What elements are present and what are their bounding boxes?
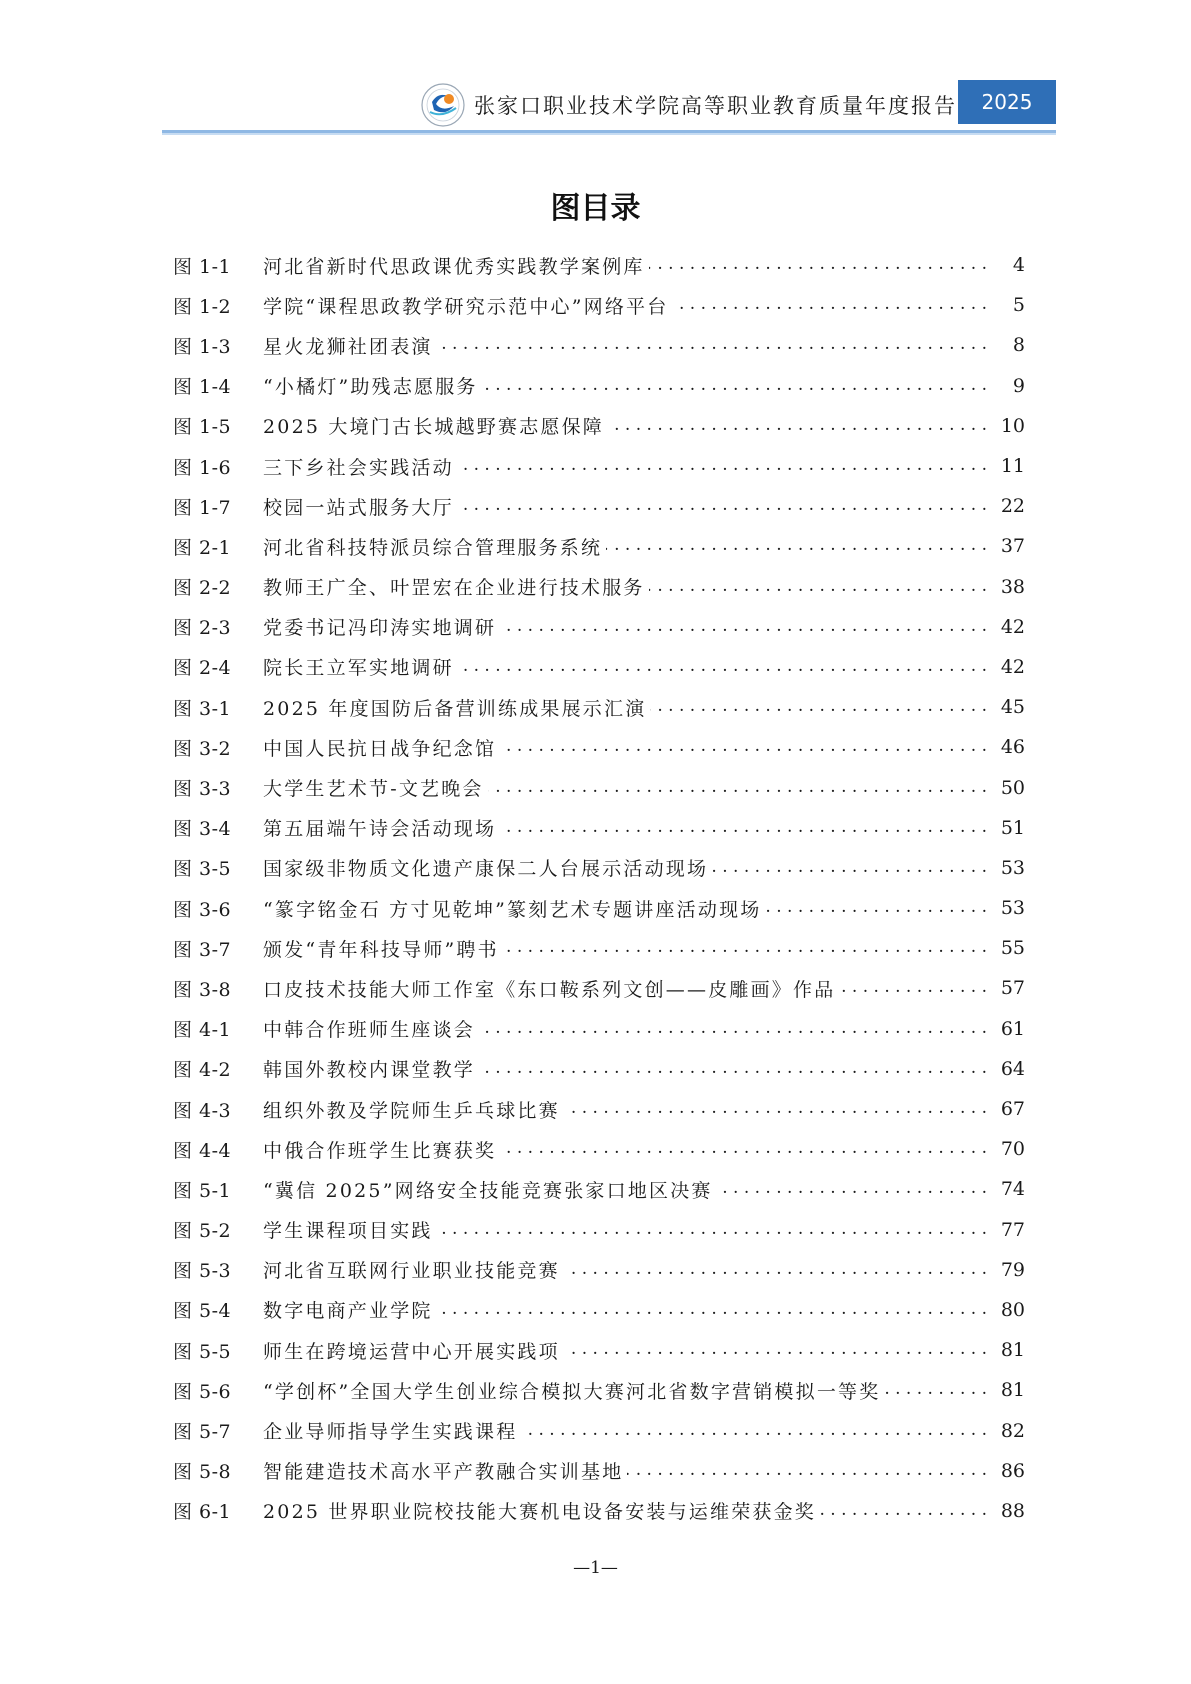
figure-caption: 河北省互联网行业职业技能竞赛	[263, 1256, 564, 1283]
dot-leader	[606, 535, 987, 557]
page-ref: 37	[987, 535, 1025, 557]
page-ref: 79	[987, 1259, 1025, 1281]
dot-leader	[500, 736, 987, 758]
dot-leader	[820, 1500, 987, 1522]
figure-label: 图 1-1	[173, 252, 263, 279]
figure-caption: 国家级非物质文化遗产康保二人台展示活动现场	[263, 854, 712, 881]
figure-caption: 组织外教及学院师生乒乓球比赛	[263, 1096, 564, 1123]
toc-entry[interactable]: 图 5-8智能建造技术高水平产教融合实训基地86	[173, 1451, 1025, 1491]
page-ref: 70	[987, 1138, 1025, 1160]
figure-label: 图 6-1	[173, 1497, 263, 1524]
toc-entry[interactable]: 图 5-7企业导师指导学生实践课程82	[173, 1410, 1025, 1450]
figure-caption: 中俄合作班学生比赛获奖	[263, 1136, 500, 1163]
page-ref: 80	[987, 1299, 1025, 1321]
toc-entry[interactable]: 图 1-6三下乡社会实践活动11	[173, 446, 1025, 486]
figure-caption: 2025 世界职业院校技能大赛机电设备安装与运维荣获金奖	[263, 1497, 820, 1524]
figure-label: 图 3-6	[173, 895, 263, 922]
figure-label: 图 4-1	[173, 1015, 263, 1042]
dot-leader	[437, 1299, 987, 1321]
dot-leader	[649, 254, 987, 276]
figure-label: 图 1-3	[173, 332, 263, 359]
figure-label: 图 2-4	[173, 653, 263, 680]
figure-label: 图 3-2	[173, 734, 263, 761]
page-ref: 50	[987, 777, 1025, 799]
page-ref: 10	[987, 415, 1025, 437]
dot-leader	[479, 1058, 987, 1080]
figure-label: 图 5-5	[173, 1337, 263, 1364]
report-title: 张家口职业技术学院高等职业教育质量年度报告	[474, 90, 957, 120]
page-ref: 82	[987, 1420, 1025, 1442]
toc-entry[interactable]: 图 1-2学院“课程思政教学研究示范中心”网络平台5	[173, 285, 1025, 325]
page-ref: 77	[987, 1219, 1025, 1241]
figure-label: 图 3-8	[173, 975, 263, 1002]
figure-caption: 三下乡社会实践活动	[263, 453, 458, 480]
dot-leader	[503, 937, 987, 959]
dot-leader	[765, 897, 987, 919]
figure-caption: “篆字铭金石 方寸见乾坤”篆刻艺术专题讲座活动现场	[263, 895, 765, 922]
figure-label: 图 1-5	[173, 412, 263, 439]
figure-label: 图 3-1	[173, 694, 263, 721]
dot-leader	[500, 817, 987, 839]
toc-entry[interactable]: 图 4-4中俄合作班学生比赛获奖70	[173, 1129, 1025, 1169]
page-ref: 88	[987, 1500, 1025, 1522]
figure-caption: “小橘灯”助残志愿服务	[263, 372, 482, 399]
toc-entry[interactable]: 图 2-2教师王广全、叶罡宏在企业进行技术服务38	[173, 567, 1025, 607]
figure-label: 图 1-7	[173, 493, 263, 520]
toc-entry[interactable]: 图 1-3星火龙狮社团表演8	[173, 325, 1025, 365]
toc-entry[interactable]: 图 3-7颁发“青年科技导师”聘书55	[173, 928, 1025, 968]
page-ref: 67	[987, 1098, 1025, 1120]
toc-entry[interactable]: 图 5-6“学创杯”全国大学生创业综合模拟大赛河北省数字营销模拟一等奖81	[173, 1370, 1025, 1410]
figure-label: 图 4-3	[173, 1096, 263, 1123]
page-ref: 38	[987, 576, 1025, 598]
figure-label: 图 1-4	[173, 372, 263, 399]
dot-leader	[608, 415, 987, 437]
figure-caption: 校园一站式服务大厅	[263, 493, 458, 520]
page-title: 图目录	[0, 183, 1191, 227]
page-ref: 22	[987, 495, 1025, 517]
toc-entry[interactable]: 图 3-12025 年度国防后备营训练成果展示汇演45	[173, 687, 1025, 727]
page-ref: 53	[987, 857, 1025, 879]
toc-entry[interactable]: 图 6-12025 世界职业院校技能大赛机电设备安装与运维荣获金奖88	[173, 1491, 1025, 1531]
figure-label: 图 5-1	[173, 1176, 263, 1203]
toc-entry[interactable]: 图 4-3组织外教及学院师生乒乓球比赛67	[173, 1089, 1025, 1129]
dot-leader	[479, 1018, 987, 1040]
dot-leader	[458, 455, 987, 477]
toc-entry[interactable]: 图 3-8口皮技术技能大师工作室《东口鞍系列文创——皮雕画》作品57	[173, 968, 1025, 1008]
figure-caption: 党委书记冯印涛实地调研	[263, 613, 500, 640]
toc-entry[interactable]: 图 5-3河北省互联网行业职业技能竞赛79	[173, 1250, 1025, 1290]
page-number: —1—	[0, 1558, 1191, 1578]
figure-caption: 中韩合作班师生座谈会	[263, 1015, 479, 1042]
toc-entry[interactable]: 图 5-1“冀信 2025”网络安全技能竞赛张家口地区决赛74	[173, 1169, 1025, 1209]
page-ref: 46	[987, 736, 1025, 758]
college-emblem-icon	[420, 82, 466, 128]
page-ref: 5	[987, 294, 1025, 316]
toc-entry[interactable]: 图 3-2中国人民抗日战争纪念馆46	[173, 727, 1025, 767]
toc-entry[interactable]: 图 3-5国家级非物质文化遗产康保二人台展示活动现场53	[173, 848, 1025, 888]
page-ref: 64	[987, 1058, 1025, 1080]
toc-entry[interactable]: 图 2-1河北省科技特派员综合管理服务系统37	[173, 526, 1025, 566]
figure-caption: 数字电商产业学院	[263, 1296, 437, 1323]
figure-index-list: 图 1-1河北省新时代思政课优秀实践教学案例库4图 1-2学院“课程思政教学研究…	[173, 245, 1025, 1531]
year-badge: 2025	[958, 80, 1056, 124]
figure-label: 图 4-2	[173, 1055, 263, 1082]
figure-caption: 星火龙狮社团表演	[263, 332, 437, 359]
toc-entry[interactable]: 图 1-7校园一站式服务大厅22	[173, 486, 1025, 526]
toc-entry[interactable]: 图 3-3大学生艺术节-文艺晚会50	[173, 767, 1025, 807]
toc-entry[interactable]: 图 2-4院长王立军实地调研42	[173, 647, 1025, 687]
figure-label: 图 3-7	[173, 935, 263, 962]
figure-caption: 智能建造技术高水平产教融合实训基地	[263, 1457, 627, 1484]
dot-leader	[458, 495, 987, 517]
dot-leader	[884, 1379, 987, 1401]
figure-caption: 2025 年度国防后备营训练成果展示汇演	[263, 694, 650, 721]
figure-label: 图 5-7	[173, 1417, 263, 1444]
dot-leader	[521, 1420, 987, 1442]
figure-caption: “学创杯”全国大学生创业综合模拟大赛河北省数字营销模拟一等奖	[263, 1377, 884, 1404]
toc-entry[interactable]: 图 3-4第五届端午诗会活动现场51	[173, 808, 1025, 848]
header-rule-light	[162, 133, 1056, 135]
figure-label: 图 3-3	[173, 774, 263, 801]
page-ref: 81	[987, 1339, 1025, 1361]
page-ref: 51	[987, 817, 1025, 839]
page-ref: 81	[987, 1379, 1025, 1401]
dot-leader	[458, 656, 987, 678]
page-ref: 42	[987, 616, 1025, 638]
dot-leader	[437, 334, 987, 356]
figure-label: 图 4-4	[173, 1136, 263, 1163]
toc-entry[interactable]: 图 5-4数字电商产业学院80	[173, 1290, 1025, 1330]
page-ref: 4	[987, 254, 1025, 276]
figure-label: 图 1-2	[173, 292, 263, 319]
figure-label: 图 2-3	[173, 613, 263, 640]
figure-caption: 学院“课程思政教学研究示范中心”网络平台	[263, 292, 672, 319]
figure-label: 图 5-6	[173, 1377, 263, 1404]
page-ref: 53	[987, 897, 1025, 919]
figure-caption: 2025 大境门古长城越野赛志愿保障	[263, 412, 608, 439]
page-ref: 86	[987, 1460, 1025, 1482]
toc-entry[interactable]: 图 5-5师生在跨境运营中心开展实践项81	[173, 1330, 1025, 1370]
figure-label: 图 1-6	[173, 453, 263, 480]
dot-leader	[500, 616, 987, 638]
dot-leader	[650, 696, 987, 718]
dot-leader	[839, 977, 987, 999]
figure-label: 图 3-4	[173, 814, 263, 841]
dot-leader	[627, 1460, 987, 1482]
dot-leader	[564, 1259, 987, 1281]
figure-caption: 韩国外教校内课堂教学	[263, 1055, 479, 1082]
figure-label: 图 3-5	[173, 854, 263, 881]
toc-entry[interactable]: 图 1-1河北省新时代思政课优秀实践教学案例库4	[173, 245, 1025, 285]
figure-label: 图 5-4	[173, 1296, 263, 1323]
page-ref: 11	[987, 455, 1025, 477]
toc-entry[interactable]: 图 1-52025 大境门古长城越野赛志愿保障10	[173, 406, 1025, 446]
figure-caption: 企业导师指导学生实践课程	[263, 1417, 521, 1444]
dot-leader	[717, 1178, 987, 1200]
page-header: 张家口职业技术学院高等职业教育质量年度报告 2025	[162, 78, 1056, 136]
page-ref: 57	[987, 977, 1025, 999]
figure-caption: 第五届端午诗会活动现场	[263, 814, 500, 841]
dot-leader	[437, 1219, 987, 1241]
figure-caption: 师生在跨境运营中心开展实践项	[263, 1337, 564, 1364]
dot-leader	[488, 777, 987, 799]
figure-caption: 河北省科技特派员综合管理服务系统	[263, 533, 606, 560]
figure-label: 图 5-3	[173, 1256, 263, 1283]
figure-caption: 中国人民抗日战争纪念馆	[263, 734, 500, 761]
figure-label: 图 2-2	[173, 573, 263, 600]
dot-leader	[649, 576, 987, 598]
page-ref: 45	[987, 696, 1025, 718]
figure-caption: 教师王广全、叶罡宏在企业进行技术服务	[263, 573, 649, 600]
page-ref: 55	[987, 937, 1025, 959]
figure-caption: 院长王立军实地调研	[263, 653, 458, 680]
toc-entry[interactable]: 图 2-3党委书记冯印涛实地调研42	[173, 607, 1025, 647]
figure-caption: 大学生艺术节-文艺晚会	[263, 774, 488, 801]
figure-label: 图 5-2	[173, 1216, 263, 1243]
page-ref: 9	[987, 375, 1025, 397]
dot-leader	[564, 1339, 987, 1361]
dot-leader	[564, 1098, 987, 1120]
figure-caption: 河北省新时代思政课优秀实践教学案例库	[263, 252, 649, 279]
dot-leader	[500, 1138, 987, 1160]
figure-label: 图 5-8	[173, 1457, 263, 1484]
toc-entry[interactable]: 图 1-4“小橘灯”助残志愿服务9	[173, 366, 1025, 406]
figure-caption: “冀信 2025”网络安全技能竞赛张家口地区决赛	[263, 1176, 717, 1203]
page-ref: 8	[987, 334, 1025, 356]
figure-caption: 颁发“青年科技导师”聘书	[263, 935, 503, 962]
figure-caption: 学生课程项目实践	[263, 1216, 437, 1243]
page-ref: 61	[987, 1018, 1025, 1040]
toc-entry[interactable]: 图 3-6“篆字铭金石 方寸见乾坤”篆刻艺术专题讲座活动现场53	[173, 888, 1025, 928]
dot-leader	[712, 857, 987, 879]
toc-entry[interactable]: 图 4-1中韩合作班师生座谈会61	[173, 1009, 1025, 1049]
figure-label: 图 2-1	[173, 533, 263, 560]
toc-entry[interactable]: 图 5-2学生课程项目实践77	[173, 1210, 1025, 1250]
page-ref: 42	[987, 656, 1025, 678]
figure-caption: 口皮技术技能大师工作室《东口鞍系列文创——皮雕画》作品	[263, 975, 839, 1002]
page-ref: 74	[987, 1178, 1025, 1200]
dot-leader	[672, 294, 987, 316]
dot-leader	[482, 375, 987, 397]
toc-entry[interactable]: 图 4-2韩国外教校内课堂教学64	[173, 1049, 1025, 1089]
